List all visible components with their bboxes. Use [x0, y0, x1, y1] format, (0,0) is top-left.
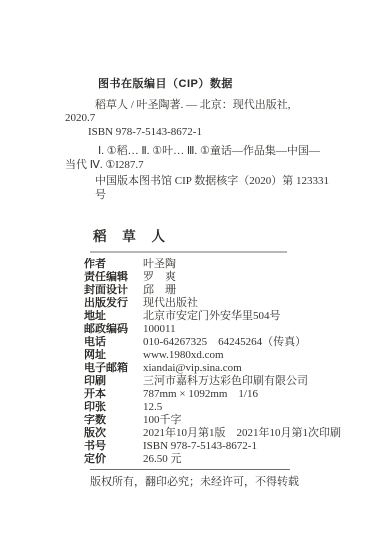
colophon-row-publisher: 出版发行现代出版社	[84, 297, 375, 310]
colophon-row-website: 网址www.1980xd.com	[84, 349, 375, 362]
copyright-notice: 版权所有，翻印必究；未经许可，不得转载	[90, 476, 375, 489]
colophon-label: 定价	[84, 453, 137, 466]
colophon-row-printer: 印刷三河市嘉科万达彩色印刷有限公司	[84, 375, 375, 388]
colophon-label: 电子邮箱	[84, 362, 137, 375]
colophon-row-price: 定价26.50 元	[84, 453, 375, 466]
colophon-value: 罗 爽	[143, 271, 176, 283]
colophon-label: 版次	[84, 427, 137, 440]
title-divider-rule	[90, 251, 287, 253]
cip-classification-line-1: Ⅰ. ①稻… Ⅱ. ①叶… Ⅲ. ①童话—作品集—中国—	[65, 145, 339, 159]
colophon-row-author: 作者叶圣陶	[84, 258, 375, 271]
colophon-row-phone: 电话010-64267325 64245264（传真）	[84, 336, 375, 349]
colophon-value: 现代出版社	[143, 297, 198, 309]
colophon-block: 作者叶圣陶 责任编辑罗 爽 封面设计邱 珊 出版发行现代出版社 地址北京市安定门…	[84, 258, 375, 466]
colophon-label: 作者	[84, 258, 137, 271]
colophon-value: 26.50 元	[143, 453, 182, 465]
colophon-row-address: 地址北京市安定门外安华里504号	[84, 310, 375, 323]
book-title: 稻 草 人	[93, 228, 375, 245]
colophon-label: 网址	[84, 349, 137, 362]
colophon-row-editor: 责任编辑罗 爽	[84, 271, 375, 284]
colophon-value: www.1980xd.com	[143, 349, 224, 361]
colophon-value: 12.5	[143, 401, 162, 413]
colophon-row-word-count: 字数100千字	[84, 414, 375, 427]
colophon-value: 叶圣陶	[143, 258, 176, 270]
cip-record-line-1: 稻草人 / 叶圣陶著. — 北京：现代出版社,	[65, 99, 339, 113]
colophon-value: 787mm × 1092mm 1/16	[143, 388, 258, 400]
colophon-value: 100011	[143, 323, 176, 335]
colophon-row-isbn: 书号ISBN 978-7-5143-8672-1	[84, 440, 375, 453]
colophon-label: 开本	[84, 388, 137, 401]
footer-divider-rule	[90, 469, 290, 470]
colophon-row-format: 开本787mm × 1092mm 1/16	[84, 388, 375, 401]
colophon-label: 地址	[84, 310, 137, 323]
cip-heading: 图书在版编目（CIP）数据	[65, 78, 339, 92]
colophon-row-edition: 版次2021年10月第1版 2021年10月第1次印刷	[84, 427, 375, 440]
colophon-value: 三河市嘉科万达彩色印刷有限公司	[143, 375, 308, 387]
colophon-row-email: 电子邮箱xiandai@vip.sina.com	[84, 362, 375, 375]
colophon-label: 邮政编码	[84, 323, 137, 336]
cip-record-line-2: 2020.7	[65, 112, 339, 126]
cip-data-block: 图书在版编目（CIP）数据 稻草人 / 叶圣陶著. — 北京：现代出版社, 20…	[65, 78, 339, 202]
colophon-row-cover-design: 封面设计邱 珊	[84, 284, 375, 297]
colophon-label: 字数	[84, 414, 137, 427]
colophon-label: 印张	[84, 401, 137, 414]
colophon-row-sheets: 印张12.5	[84, 401, 375, 414]
cip-isbn-line: ISBN 978-7-5143-8672-1	[65, 126, 339, 140]
colophon-value: 2021年10月第1版 2021年10月第1次印刷	[143, 427, 341, 439]
colophon-label: 责任编辑	[84, 271, 137, 284]
colophon-label: 封面设计	[84, 284, 137, 297]
cip-classification-line-2: 当代 Ⅳ. ①I287.7	[65, 159, 339, 173]
colophon-value: xiandai@vip.sina.com	[143, 362, 242, 374]
colophon-value: ISBN 978-7-5143-8672-1	[143, 440, 257, 452]
colophon-value: 北京市安定门外安华里504号	[143, 310, 281, 322]
colophon-row-postcode: 邮政编码100011	[84, 323, 375, 336]
colophon-value: 010-64267325 64245264（传真）	[143, 336, 306, 348]
colophon-value: 邱 珊	[143, 284, 176, 296]
cip-registry-line: 中国版本图书馆 CIP 数据核字（2020）第 123331 号	[65, 175, 339, 202]
colophon-label: 电话	[84, 336, 137, 349]
colophon-value: 100千字	[143, 414, 182, 426]
colophon-label: 出版发行	[84, 297, 137, 310]
colophon-label: 印刷	[84, 375, 137, 388]
colophon-label: 书号	[84, 440, 137, 453]
book-copyright-page: 图书在版编目（CIP）数据 稻草人 / 叶圣陶著. — 北京：现代出版社, 20…	[0, 0, 375, 534]
